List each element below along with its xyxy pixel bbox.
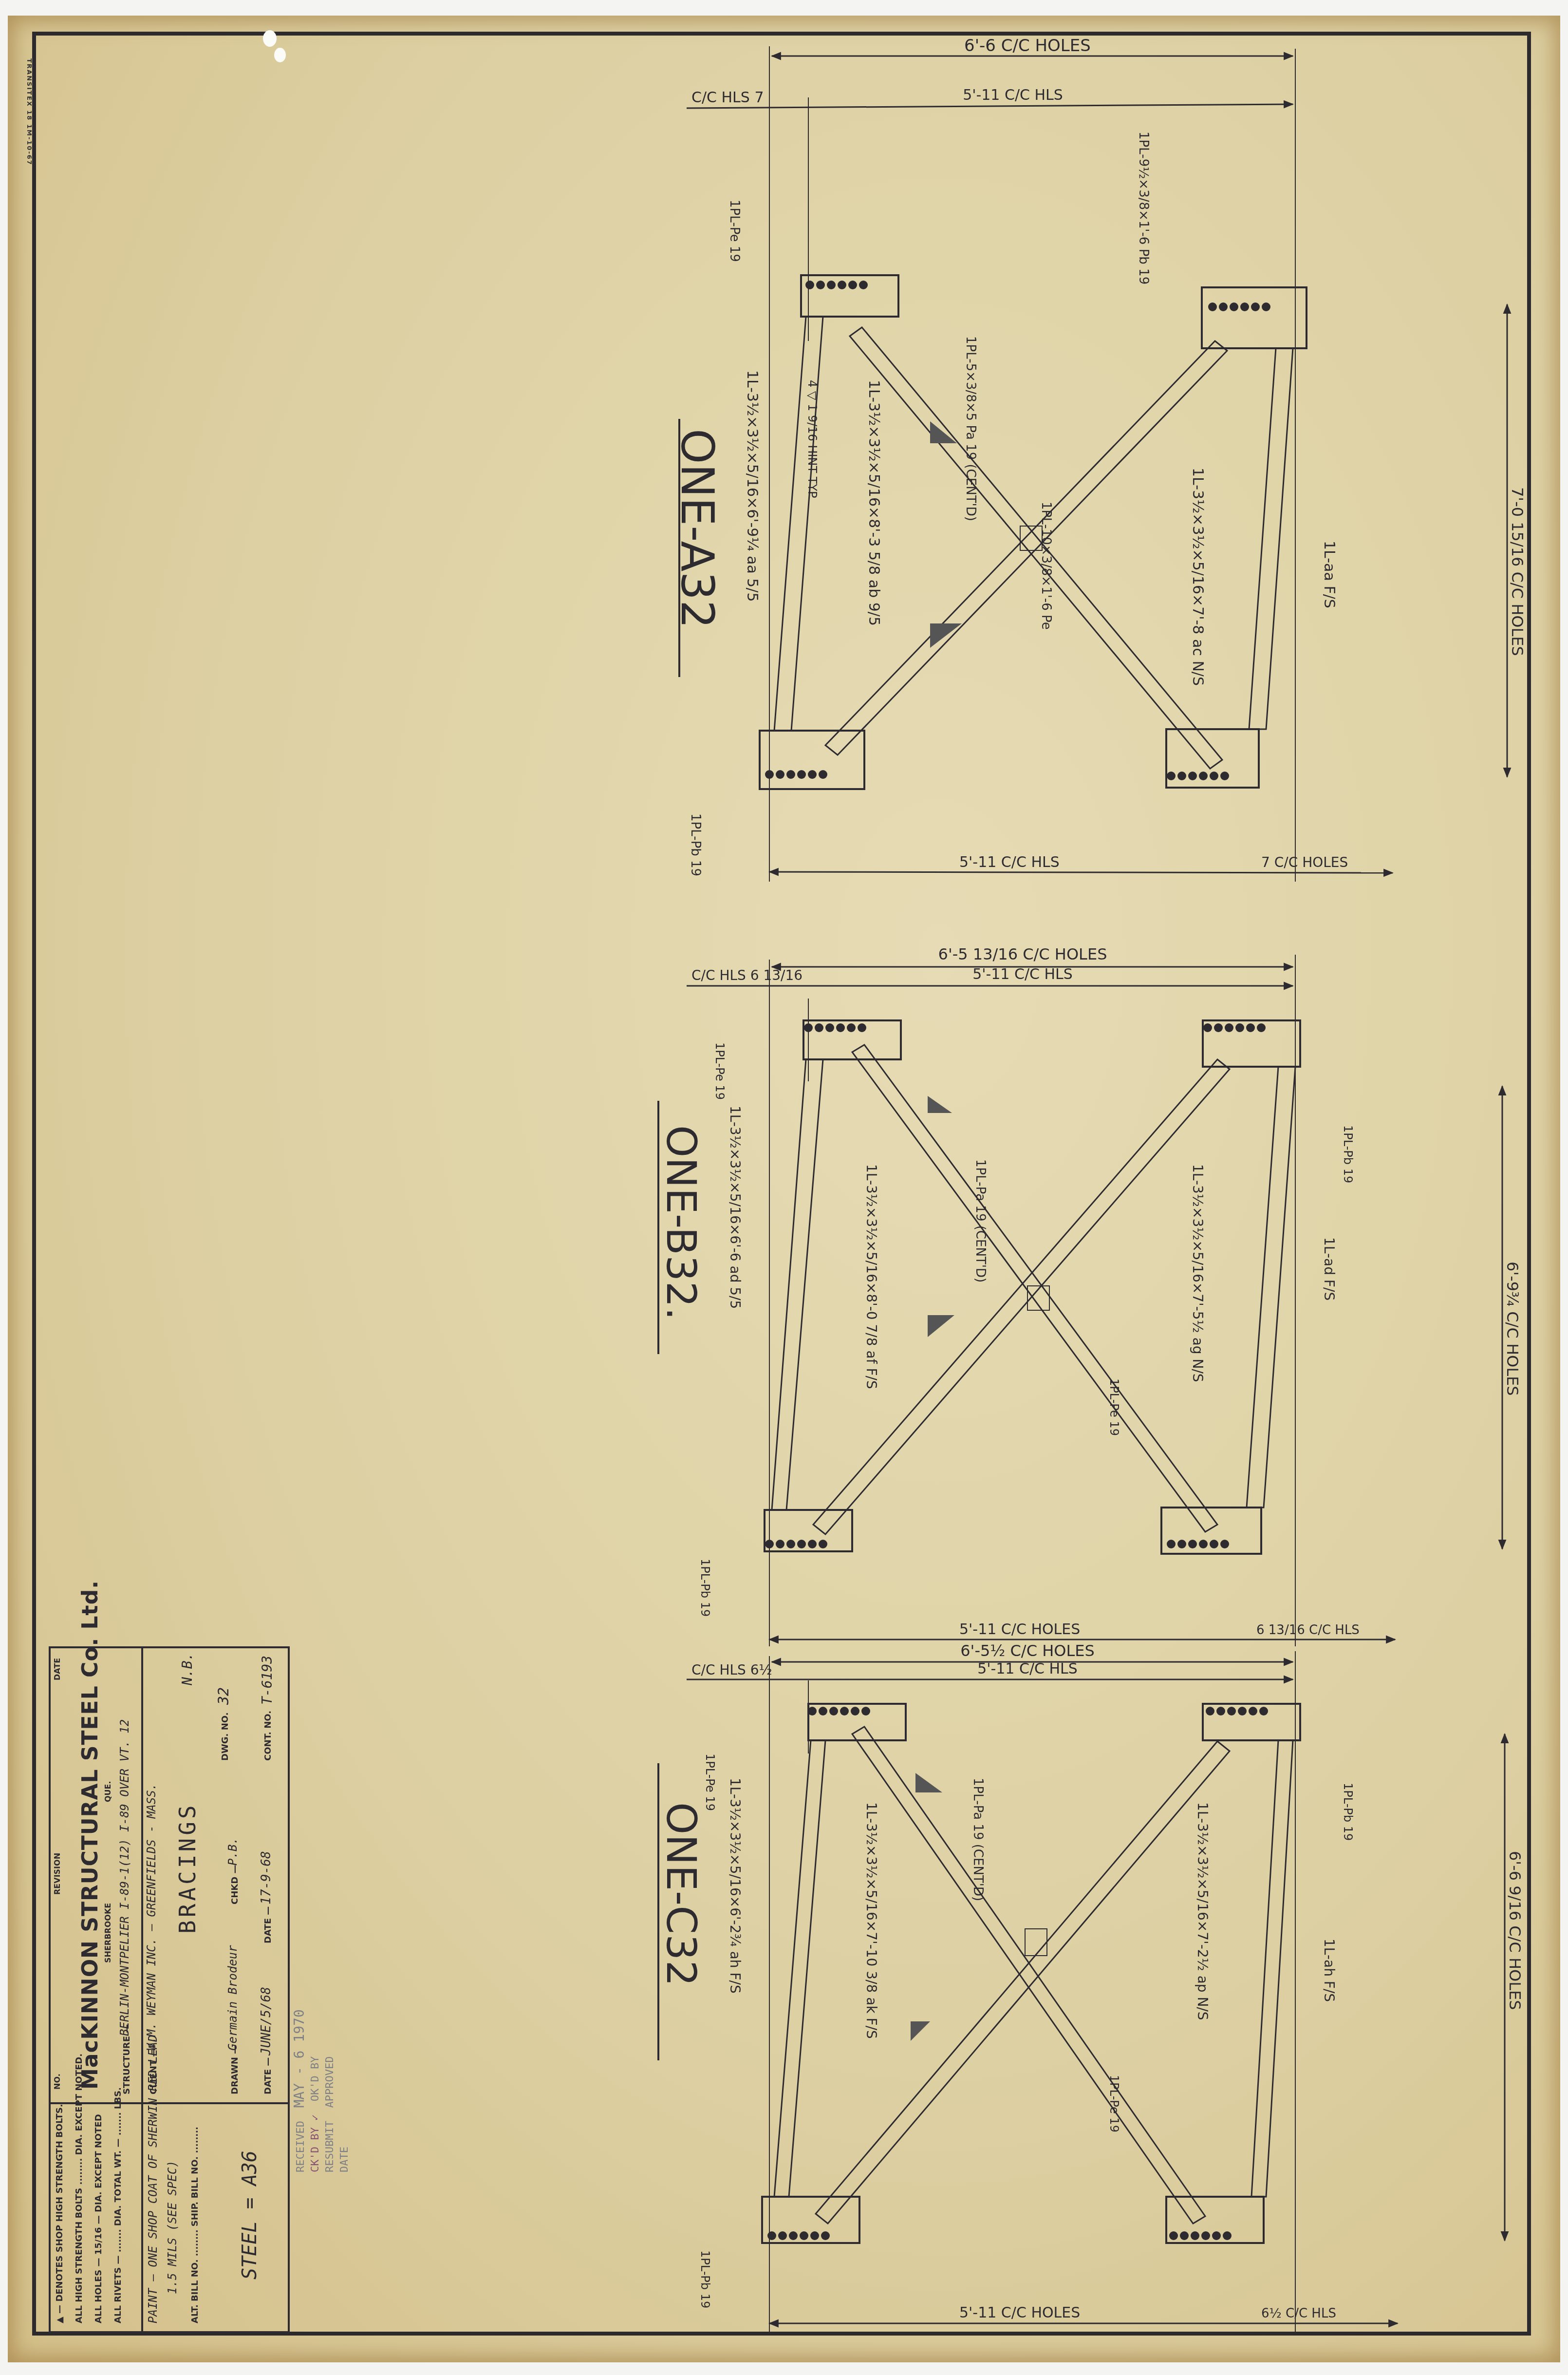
revision-header: REVISION <box>53 1853 62 1895</box>
c32-gusset-tl: 1PL-Pe 19 <box>703 1753 717 1811</box>
checked-date-label: DATE — <box>263 1906 273 1943</box>
drawing-suffix: N.B. <box>179 1653 195 1685</box>
a32-overall-width: 6'-6 C/C HOLES <box>964 36 1091 56</box>
b32-gusset-tr: 1PL-Pb 19 <box>1341 1125 1355 1183</box>
checked-by: P.B. <box>226 1837 240 1866</box>
drawn-by: Germain Brodeur <box>226 1945 240 2051</box>
revision-date-header: DATE <box>53 1658 62 1680</box>
b32-bottom-span: 5'-11 C/C HOLES <box>959 1621 1080 1638</box>
a32-center-plate-2: 1PL-10×3/8×1'-6 Pe <box>1039 502 1053 630</box>
c32-left-post: 1L-3½×3½×5/16×6'-2¾ ah F/S <box>727 1778 743 1994</box>
company-city: SHERBROOKE <box>103 1903 112 1963</box>
c32-overall-width: 6'-5½ C/C HOLES <box>960 1641 1095 1660</box>
stamp-okd-by: OK'D BY <box>309 2056 321 2102</box>
frame-one-a32: 6'-6 C/C HOLES C/C HLS 7 5'-11 C/C HLS 7… <box>671 36 1527 882</box>
note-hs-bolts: ALL HIGH STRENGTH BOLTS ........ DIA. EX… <box>74 2054 84 2323</box>
stamp-ckd-by: CK'D BY ✓ <box>309 2114 321 2172</box>
stamp-approved: APPROVED <box>324 2056 336 2108</box>
drawn-date: JUNE/5/68 <box>259 1987 274 2055</box>
b32-left-post: 1L-3½×3½×5/16×6'-6 ad 5/5 <box>727 1106 743 1309</box>
stamp-received: RECEIVED <box>295 2121 307 2172</box>
c32-center-plate: 1PL-Pa 19 (CENT'D) <box>971 1778 985 1901</box>
c32-gusset-br: 1PL-Pe 19 <box>1107 2075 1121 2132</box>
note-holes: ALL HOLES — 15/16 — DIA. EXCEPT NOTED <box>93 2114 104 2323</box>
stamp-date: MAY - 6 1970 <box>291 2009 307 2108</box>
b32-diag-1: 1L-3½×3½×5/16×8'-0 7/8 af F/S <box>863 1164 879 1389</box>
client-value: W.M. WEYMAN INC. — GREENFIELDS - MASS. <box>145 1783 158 2051</box>
a32-right-post: 1L-aa F/S <box>1321 541 1338 608</box>
b32-right-post: 1L-ad F/S <box>1321 1237 1337 1301</box>
a32-bottom-offset: 7 C/C HOLES <box>1261 854 1348 870</box>
c32-mark: ONE-C32 <box>657 1802 705 1986</box>
a32-gusset-tl: 1PL-Pe 19 <box>727 200 742 262</box>
note-rivets: ALL RIVETS — ....... DIA. TOTAL WT. — ..… <box>113 2087 123 2323</box>
b32-height: 6'-9¾ C/C HOLES <box>1503 1262 1522 1396</box>
c32-bottom-offset: 6½ C/C HLS <box>1261 2306 1336 2321</box>
company-province: QUE. <box>103 1781 112 1802</box>
received-stamp: RECEIVED MAY - 6 1970 CK'D BY ✓ OK'D BY … <box>292 1997 448 2172</box>
b32-top-offset: C/C HLS 6 13/16 <box>691 967 803 983</box>
b32-center-plate: 1PL-Pa 19 (CENT'D) <box>973 1159 988 1282</box>
a32-diag-1: 1L-3½×3½×5/16×8'-3 5/8 ab 9/5 <box>865 380 882 626</box>
stamp-date-field: DATE <box>338 2147 351 2172</box>
frame-one-b32: 6'-5 13/16 C/C HOLES C/C HLS 6 13/16 5'-… <box>657 945 1522 1646</box>
checked-label: CHKD — <box>230 1865 240 1904</box>
notes-divider <box>141 1646 143 2333</box>
b32-gusset-br: 1PL-Pe 19 <box>1107 1378 1121 1436</box>
a32-weld: 4 ▽ 1 9/16 HINT TYP <box>805 380 819 498</box>
checked-date: 17-9-68 <box>259 1851 274 1904</box>
client-label: CLIENT — <box>149 2048 159 2094</box>
b32-gusset-bl: 1PL-Pb 19 <box>698 1559 712 1617</box>
note-bolts: ▲ — DENOTES SHOP HIGH STRENGTH BOLTS. <box>55 2104 65 2323</box>
c32-height: 6'-6 9/16 C/C HOLES <box>1506 1851 1524 2010</box>
structure-value: BERLIN-MONTPELIER I-89-1(12) I-89 OVER V… <box>118 1719 131 2036</box>
c32-gusset-tr: 1PL-Pb 19 <box>1341 1783 1355 1841</box>
b32-diag-2: 1L-3½×3½×5/16×7'-5½ ag N/S <box>1190 1164 1206 1382</box>
revision-no-header: NO. <box>53 2073 62 2090</box>
cont-no: T-6193 <box>259 1656 275 1705</box>
a32-height: 7'-0 15/16 C/C HOLES <box>1508 487 1527 656</box>
a32-diag-2: 1L-3½×3½×5/16×7'-8 ac N/S <box>1189 468 1206 686</box>
note-paint-spec: 1.5 MILS (SEE SPEC) <box>166 2160 179 2294</box>
a32-gusset-tr: 1PL-9½×3/8×1'-6 Pb 19 <box>1136 132 1151 284</box>
c32-gusset-bl: 1PL-Pb 19 <box>698 2250 712 2308</box>
c32-bottom-span: 5'-11 C/C HOLES <box>959 2304 1080 2321</box>
c32-top-span: 5'-11 C/C HLS <box>977 1660 1078 1678</box>
drawn-label: DRAWN — <box>230 2045 240 2094</box>
frame-one-c32: 6'-5½ C/C HOLES C/C HLS 6½ 5'-11 C/C HLS… <box>657 1641 1524 2333</box>
a32-center-plate: 1PL-5×3/8×5 Pa 19 (CENT'D) <box>963 336 978 521</box>
drawing-title: BRACINGS <box>174 1802 201 1934</box>
company-name: MacKINNON STRUCTURAL STEEL Co. Ltd. <box>78 1580 103 2090</box>
stamp-resubmit: RESUBMIT <box>324 2121 336 2172</box>
b32-mark: ONE-B32. <box>657 1125 705 1320</box>
a32-gusset-bl: 1PL-Pb 19 <box>688 813 703 876</box>
date-label: DATE — <box>263 2057 273 2094</box>
b32-top-span: 5'-11 C/C HLS <box>972 966 1073 983</box>
a32-top-offset: C/C HLS 7 <box>691 89 764 106</box>
c32-diag-2: 1L-3½×3½×5/16×7'-2½ ap N/S <box>1195 1802 1211 2020</box>
cont-no-label: CONT. NO. <box>263 1711 273 1761</box>
note-bill: ALT. BILL NO. ........ SHIP. BILL NO. ..… <box>190 2127 200 2323</box>
a32-left-post: 1L-3½×3½×5/16×6'-9¼ aa 5/5 <box>744 370 761 602</box>
c32-diag-1: 1L-3½×3½×5/16×7'-10 3/8 ak F/S <box>863 1802 879 2039</box>
b32-overall-width: 6'-5 13/16 C/C HOLES <box>938 945 1107 963</box>
title-divider <box>49 2102 290 2104</box>
b32-gusset-tl: 1PL-Pe 19 <box>713 1042 727 1100</box>
c32-top-offset: C/C HLS 6½ <box>691 1662 772 1678</box>
dwg-no-label: DWG. NO. <box>220 1713 230 1761</box>
c32-right-post: 1L-ah F/S <box>1321 1939 1337 2002</box>
steel-grade-note: STEEL = A36 <box>239 2150 261 2280</box>
title-block: ▲ — DENOTES SHOP HIGH STRENGTH BOLTS. AL… <box>49 1646 290 2333</box>
dwg-no: 32 <box>215 1687 232 1705</box>
a32-bottom-span: 5'-11 C/C HLS <box>959 854 1060 871</box>
b32-bottom-offset: 6 13/16 C/C HLS <box>1256 1623 1360 1638</box>
a32-top-span: 5'-11 C/C HLS <box>963 87 1063 104</box>
